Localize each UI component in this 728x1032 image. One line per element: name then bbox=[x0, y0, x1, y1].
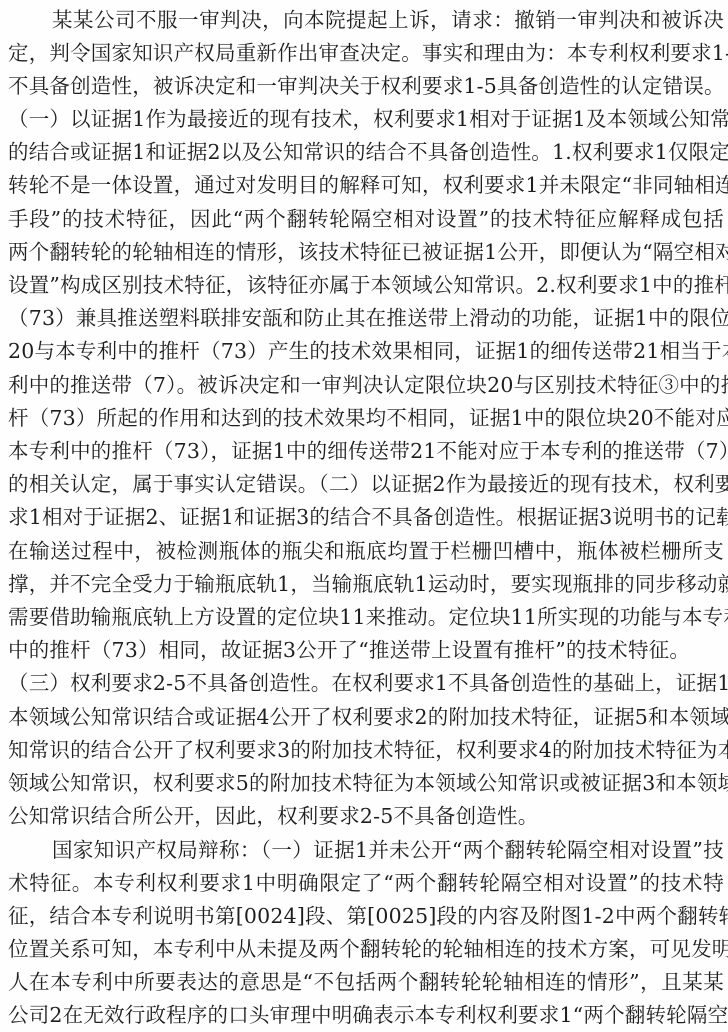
text-line: 不具备创造性，被诉决定和一审判决关于权利要求1-5具备创造性的认定错误。 bbox=[8, 70, 724, 103]
document-page: 某某公司不服一审判决，向本院提起上诉，请求：撤销一审判决和被诉决 定，判令国家知… bbox=[0, 0, 728, 1032]
text-line: 知常识的结合公开了权利要求3的附加技术特征，权利要求4的附加技术特征为本 bbox=[8, 734, 724, 767]
text-line: 的结合或证据1和证据2以及公知常识的结合不具备创造性。1.权利要求1仅限定翻 bbox=[8, 136, 724, 169]
text-line: 手段”的技术特征，因此“两个翻转轮隔空相对设置”的技术特征应解释成包括 bbox=[8, 203, 724, 236]
text-line: 需要借助输瓶底轨上方设置的定位块11来推动。定位块11所实现的功能与本专利 bbox=[8, 601, 724, 634]
text-line: 20与本专利中的推杆（73）产生的技术效果相同，证据1的细传送带21相当于本专 bbox=[8, 335, 724, 368]
text-line: 公知常识结合所公开，因此，权利要求2-5不具备创造性。 bbox=[8, 800, 724, 833]
text-line: 设置”构成区别技术特征，该特征亦属于本领域公知常识。2.权利要求1中的推杆 bbox=[8, 269, 724, 302]
text-line: 转轮不是一体设置，通过对发明目的解释可知，权利要求1并未限定“非同轴相连 bbox=[8, 169, 724, 202]
text-line: （三）权利要求2-5不具备创造性。在权利要求1不具备创造性的基础上，证据1和 bbox=[8, 667, 724, 700]
text-line: 国家知识产权局辩称：（一）证据1并未公开“两个翻转轮隔空相对设置”技 bbox=[52, 834, 724, 867]
text-line: 在输送过程中，被检测瓶体的瓶尖和瓶底均置于栏栅凹槽中，瓶体被栏栅所支 bbox=[8, 535, 724, 568]
text-line: 求1相对于证据2、证据1和证据3的结合不具备创造性。根据证据3说明书的记载， bbox=[8, 501, 724, 534]
text-line: 中的推杆（73）相同，故证据3公开了“推送带上设置有推杆”的技术特征。 bbox=[8, 634, 724, 667]
text-line: 本领域公知常识结合或证据4公开了权利要求2的附加技术特征，证据5和本领域公 bbox=[8, 701, 724, 734]
text-line: 某某公司不服一审判决，向本院提起上诉，请求：撤销一审判决和被诉决 bbox=[52, 4, 724, 37]
text-line: 人在本专利中所要表达的意思是“不包括两个翻转轮轮轴相连的情形”，且某某 bbox=[8, 966, 724, 999]
text-line: （73）兼具推送塑料联排安瓿和防止其在推送带上滑动的功能，证据1中的限位块 bbox=[8, 302, 724, 335]
text-line: 的相关认定，属于事实认定错误。（二）以证据2作为最接近的现有技术，权利要 bbox=[8, 468, 724, 501]
text-line: 位置关系可知，本专利中从未提及两个翻转轮的轮轴相连的技术方案，可见发明 bbox=[8, 933, 724, 966]
text-line: 征，结合本专利说明书第[0024]段、第[0025]段的内容及附图1-2中两个翻… bbox=[8, 900, 724, 933]
text-line: （一）以证据1作为最接近的现有技术，权利要求1相对于证据1及本领域公知常识 bbox=[8, 103, 724, 136]
text-line: 两个翻转轮的轮轴相连的情形，该技术特征已被证据1公开，即便认为“隔空相对 bbox=[8, 236, 724, 269]
text-line: 术特征。本专利权利要求1中明确限定了“两个翻转轮隔空相对设置”的技术特 bbox=[8, 867, 724, 900]
text-line: 公司2在无效行政程序的口头审理中明确表示本专利权利要求1“两个翻转轮隔空 bbox=[8, 999, 724, 1032]
text-line: 本专利中的推杆（73），证据1中的细传送带21不能对应于本专利的推送带（7） bbox=[8, 435, 724, 468]
text-line: 利中的推送带（7）。被诉决定和一审判决认定限位块20与区别技术特征③中的推 bbox=[8, 369, 724, 402]
text-line: 撑，并不完全受力于输瓶底轨1，当输瓶底轨1运动时，要实现瓶排的同步移动就 bbox=[8, 568, 724, 601]
text-line: 杆（73）所起的作用和达到的技术效果均不相同，证据1中的限位块20不能对应于 bbox=[8, 402, 724, 435]
text-line: 定，判令国家知识产权局重新作出审查决定。事实和理由为：本专利权利要求1-5 bbox=[8, 37, 724, 70]
text-line: 领域公知常识，权利要求5的附加技术特征为本领域公知常识或被证据3和本领域 bbox=[8, 767, 724, 800]
